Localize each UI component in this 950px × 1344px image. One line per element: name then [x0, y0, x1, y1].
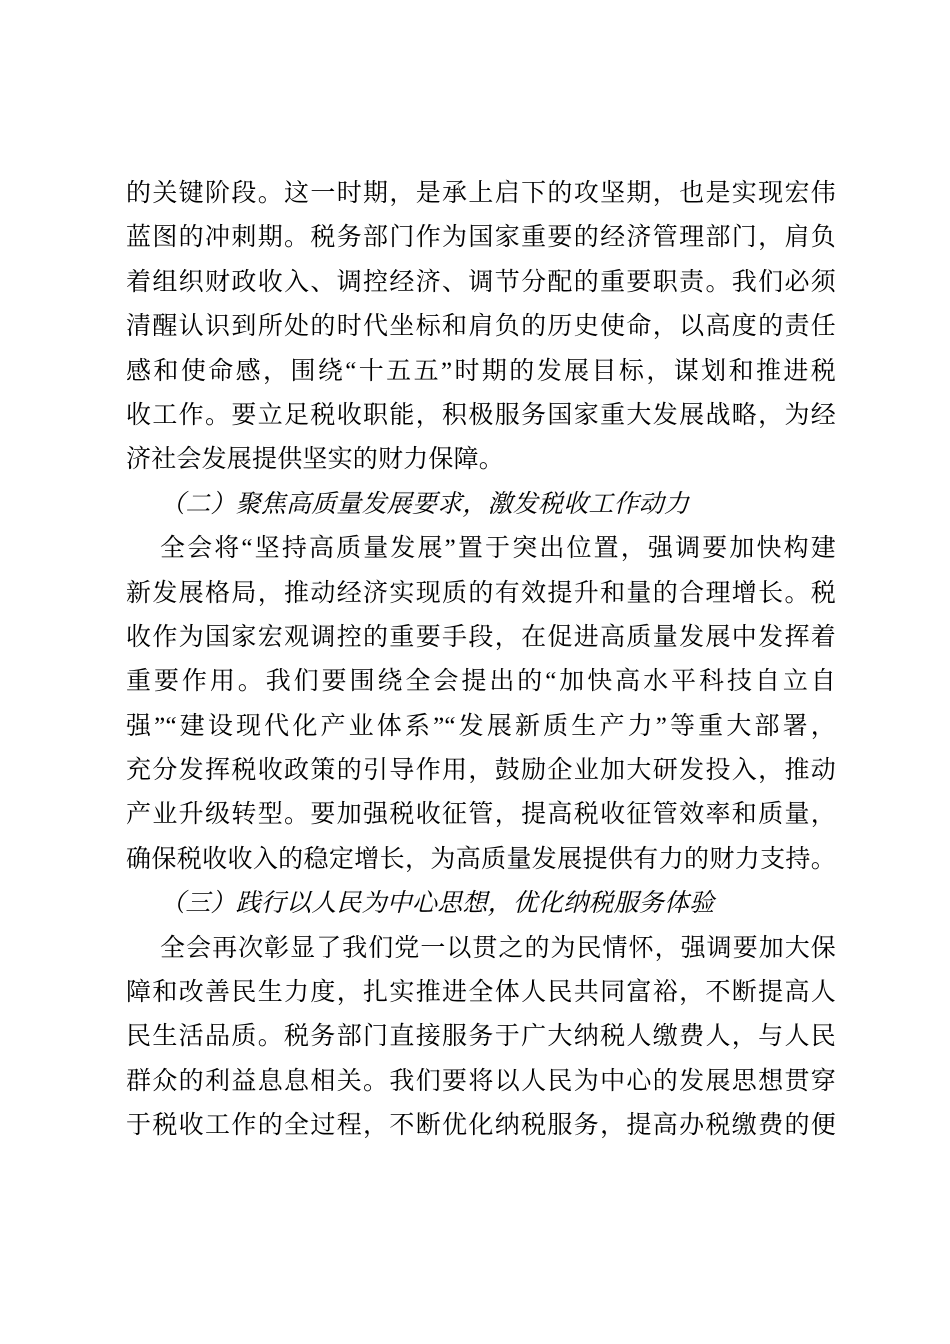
body-line: 着组织财政收入、调控经济、调节分配的重要职责。我们必须	[126, 261, 836, 305]
body-line: 群众的利益息息相关。我们要将以人民为中心的发展思想贯穿	[126, 1060, 836, 1104]
body-line: 于税收工作的全过程，不断优化纳税服务，提高办税缴费的便	[126, 1104, 836, 1148]
body-line: 民生活品质。税务部门直接服务于广大纳税人缴费人，与人民	[126, 1015, 836, 1059]
body-line: 全会将“坚持高质量发展”置于突出位置，强调要加快构建	[126, 527, 836, 571]
body-line: 济社会发展提供坚实的财力保障。	[126, 438, 836, 482]
body-line: 障和改善民生力度，扎实推进全体人民共同富裕，不断提高人	[126, 971, 836, 1015]
section-heading-3: （三）践行以人民为中心思想，优化纳税服务体验	[126, 882, 836, 926]
body-line: 蓝图的冲刺期。税务部门作为国家重要的经济管理部门，肩负	[126, 216, 836, 260]
body-line: 充分发挥税收政策的引导作用，鼓励企业加大研发投入，推动	[126, 749, 836, 793]
body-line: 强”“建设现代化产业体系”“发展新质生产力”等重大部署，	[126, 705, 836, 749]
body-line: 感和使命感，围绕“十五五”时期的发展目标，谋划和推进税	[126, 350, 836, 394]
body-line: 收工作。要立足税收职能，积极服务国家重大发展战略，为经	[126, 394, 836, 438]
body-line: 产业升级转型。要加强税收征管，提高税收征管效率和质量，	[126, 793, 836, 837]
body-line: 清醒认识到所处的时代坐标和肩负的历史使命，以高度的责任	[126, 305, 836, 349]
body-line: 全会再次彰显了我们党一以贯之的为民情怀，强调要加大保	[126, 927, 836, 971]
body-line: 的关键阶段。这一时期，是承上启下的攻坚期，也是实现宏伟	[126, 172, 836, 216]
body-line: 重要作用。我们要围绕全会提出的“加快高水平科技自立自	[126, 660, 836, 704]
body-line: 确保税收收入的稳定增长，为高质量发展提供有力的财力支持。	[126, 838, 836, 882]
body-line: 新发展格局，推动经济实现质的有效提升和量的合理增长。税	[126, 572, 836, 616]
document-page: 的关键阶段。这一时期，是承上启下的攻坚期，也是实现宏伟 蓝图的冲刺期。税务部门作…	[0, 0, 950, 1344]
section-heading-2: （二）聚焦高质量发展要求，激发税收工作动力	[126, 483, 836, 527]
document-text-block: 的关键阶段。这一时期，是承上启下的攻坚期，也是实现宏伟 蓝图的冲刺期。税务部门作…	[126, 172, 836, 1149]
body-line: 收作为国家宏观调控的重要手段，在促进高质量发展中发挥着	[126, 616, 836, 660]
